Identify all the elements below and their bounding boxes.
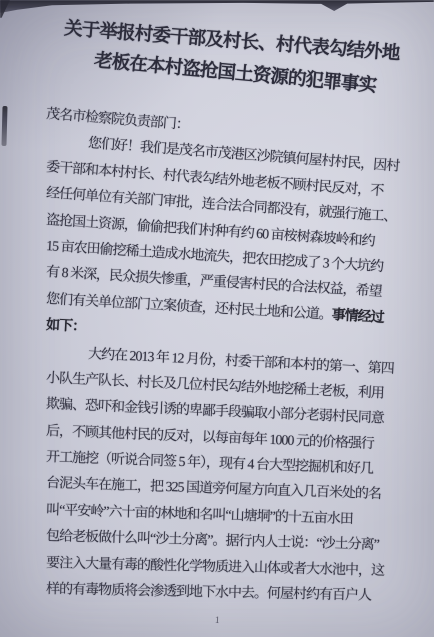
document-title: 关于举报村委干部及村长、村代表勾结外地老板在本村盗抢国土资源的犯罪事实 <box>46 14 426 78</box>
document-body: 茂名市检察院负责部门：您们好！我们是茂名市茂港区沙院镇何屋村村民，因村委干部和本… <box>46 103 418 604</box>
left-edge-mark <box>1 106 7 146</box>
document-page: 关于举报村委干部及村长、村代表勾结外地老板在本村盗抢国土资源的犯罪事实 茂名市检… <box>0 0 434 637</box>
document-photo: 关于举报村委干部及村长、村代表勾结外地老板在本村盗抢国土资源的犯罪事实 茂名市检… <box>0 0 434 637</box>
page-number-mark: 1 <box>215 615 220 625</box>
